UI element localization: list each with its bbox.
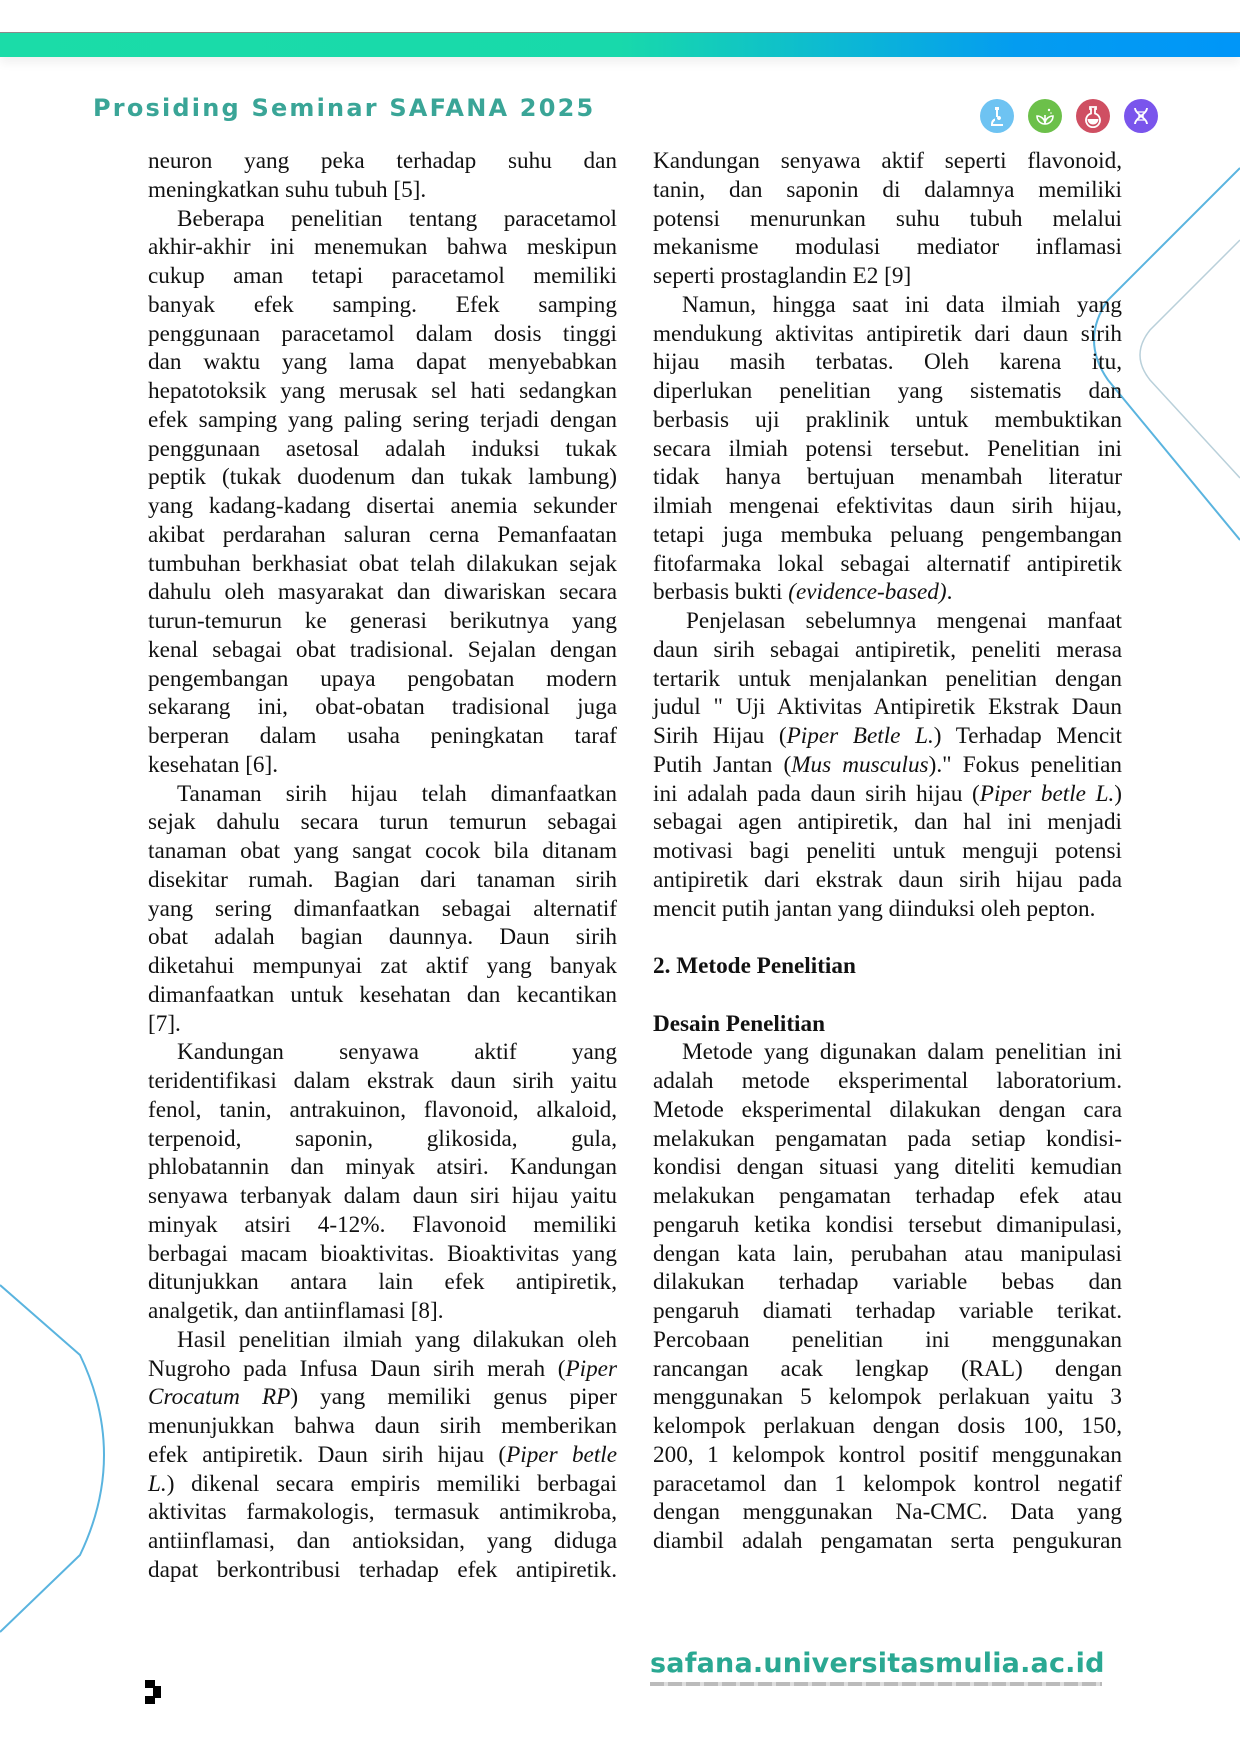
- text-line: analgetik, dan antiinflamasi [8].: [148, 1297, 617, 1326]
- text-line: kesehatan [6].: [148, 751, 617, 780]
- text-line: sejak dahulu secara turun temurun sebaga…: [148, 808, 617, 837]
- text-line: adalah metode eksperimental laboratorium…: [653, 1067, 1122, 1096]
- paragraph-start: Beberapa penelitian tentang paracetamol: [148, 205, 617, 234]
- page-marker-icon: [145, 1680, 169, 1704]
- text-line: disekitar rumah. Bagian dari tanaman sir…: [148, 866, 617, 895]
- text-line: mekanisme modulasi mediator inflamasi: [653, 233, 1122, 262]
- text-line: Putih Jantan (Mus musculus)." Fokus pene…: [653, 751, 1122, 780]
- text-line: antipiretik dari ekstrak daun sirih hija…: [653, 866, 1122, 895]
- text-line: fenol, tanin, antrakuinon, flavonoid, al…: [148, 1096, 617, 1125]
- paragraph-start: Metode yang digunakan dalam penelitian i…: [653, 1038, 1122, 1067]
- text-run: .: [947, 579, 953, 605]
- text-line: dilakukan terhadap variable bebas dan: [653, 1268, 1122, 1297]
- text-run: Nugroho pada Infusa Daun sirih merah (: [148, 1356, 565, 1382]
- text-line: tumbuhan berkhasiat obat telah dilakukan…: [148, 550, 617, 579]
- text-line: minyak atsiri 4-12%. Flavonoid memiliki: [148, 1211, 617, 1240]
- text-line: berperan dalam usaha peningkatan taraf: [148, 722, 617, 751]
- text-line: diperlukan penelitian yang sistematis da…: [653, 377, 1122, 406]
- text-run: berbasis bukti: [653, 579, 788, 605]
- text-line: L.) dikenal secara empiris memiliki berb…: [148, 1470, 617, 1499]
- species-name: Piper betle: [506, 1442, 617, 1468]
- text-line: paracetamol dan 1 kelompok kontrol negat…: [653, 1470, 1122, 1499]
- leaf-plant-icon: [1028, 99, 1062, 133]
- footer-underline: [650, 1682, 1102, 1686]
- text-run: efek antipiretik. Daun sirih hijau (: [148, 1442, 506, 1468]
- species-name: L.: [148, 1471, 167, 1497]
- text-line: menunjukkan bahwa daun sirih memberikan: [148, 1412, 617, 1441]
- microscope-icon: [980, 99, 1014, 133]
- text-run: ini adalah pada daun sirih hijau (: [653, 781, 980, 807]
- text-line: dimanfaatkan untuk kesehatan dan kecanti…: [148, 981, 617, 1010]
- text-run: Putih Jantan (: [653, 752, 791, 778]
- paragraph-start: Namun, hingga saat ini data ilmiah yang: [653, 291, 1122, 320]
- text-line: Percobaan penelitian ini menggunakan: [653, 1326, 1122, 1355]
- paragraph-start: Kandungan senyawa aktif yang: [148, 1038, 617, 1067]
- species-name: Piper Betle L.: [787, 723, 934, 749]
- text-line: teridentifikasi dalam ekstrak daun sirih…: [148, 1067, 617, 1096]
- text-line: pengembangan upaya pengobatan modern: [148, 665, 617, 694]
- text-line: kelompok perlakuan dengan dosis 100, 150…: [653, 1412, 1122, 1441]
- paragraph-start: Hasil penelitian ilmiah yang dilakukan o…: [148, 1326, 617, 1355]
- text-line: motivasi bagi peneliti untuk menguji pot…: [653, 837, 1122, 866]
- dna-icon: [1124, 99, 1158, 133]
- text-line: daun sirih sebagai antipiretik, peneliti…: [653, 636, 1122, 665]
- text-line: yang sering dimanfaatkan sebagai alterna…: [148, 895, 617, 924]
- flask-icon: [1076, 99, 1110, 133]
- text-line: yang kadang-kadang disertai anemia sekun…: [148, 492, 617, 521]
- text-line: berbasis bukti (evidence-based).: [653, 578, 1122, 607]
- text-run: Sirih Hijau (: [653, 723, 787, 749]
- text-line: cukup aman tetapi paracetamol memiliki: [148, 262, 617, 291]
- text-line: diketahui mempunyai zat aktif yang banya…: [148, 952, 617, 981]
- text-line: dahulu oleh masyarakat dan diwariskan se…: [148, 578, 617, 607]
- text-line: seperti prostaglandin E2 [9]: [653, 262, 1122, 291]
- text-line: fitofarmaka lokal sebagai alternatif ant…: [653, 550, 1122, 579]
- text-run: ) Terhadap Mencit: [934, 723, 1122, 749]
- text-line: meningkatkan suhu tubuh [5].: [148, 176, 617, 205]
- text-line: kenal sebagai obat tradisional. Sejalan …: [148, 636, 617, 665]
- species-name: Crocatum RP: [148, 1384, 290, 1410]
- text-line: penggunaan paracetamol dalam dosis tingg…: [148, 320, 617, 349]
- text-line: akhir-akhir ini menemukan bahwa meskipun: [148, 233, 617, 262]
- text-run: ): [1114, 781, 1122, 807]
- subsection-heading: Desain Penelitian: [653, 1010, 1122, 1039]
- text-line: tertarik untuk menjalankan penelitian de…: [653, 665, 1122, 694]
- species-name: Piper: [565, 1356, 617, 1382]
- text-line: Nugroho pada Infusa Daun sirih merah (Pi…: [148, 1355, 617, 1384]
- text-line: ini adalah pada daun sirih hijau (Piper …: [653, 780, 1122, 809]
- text-line: secara ilmiah potensi tersebut. Peneliti…: [653, 435, 1122, 464]
- text-run: ) yang memiliki genus piper: [290, 1384, 617, 1410]
- text-line: diambil adalah pengamatan serta pengukur…: [653, 1527, 1122, 1556]
- text-line: [7].: [148, 1010, 617, 1039]
- text-line: efek samping yang paling sering terjadi …: [148, 406, 617, 435]
- text-line: ditunjukkan antara lain efek antipiretik…: [148, 1268, 617, 1297]
- text-line: Kandungan senyawa aktif seperti flavonoi…: [653, 147, 1122, 176]
- species-name: Piper betle L.: [980, 781, 1114, 807]
- spacer: [653, 923, 1122, 952]
- header-icons: [980, 99, 1158, 133]
- text-line: mencit putih jantan yang diinduksi oleh …: [653, 895, 1122, 924]
- text-line: peptik (tukak duodenum dan tukak lambung…: [148, 463, 617, 492]
- text-line: Crocatum RP) yang memiliki genus piper: [148, 1383, 617, 1412]
- text-line: antiinflamasi, dan antioksidan, yang did…: [148, 1527, 617, 1556]
- text-line: 200, 1 kelompok kontrol positif mengguna…: [653, 1441, 1122, 1470]
- text-line: melakukan pengamatan terhadap efek atau: [653, 1182, 1122, 1211]
- text-line: sekarang ini, obat-obatan tradisional ju…: [148, 693, 617, 722]
- text-line: terpenoid, saponin, glikosida, gula,: [148, 1125, 617, 1154]
- text-line: berbagai macam bioaktivitas. Bioaktivita…: [148, 1240, 617, 1269]
- text-line: neuron yang peka terhadap suhu dan: [148, 147, 617, 176]
- text-line: judul " Uji Aktivitas Antipiretik Ekstra…: [653, 693, 1122, 722]
- text-line: tanin, dan saponin di dalamnya memiliki: [653, 176, 1122, 205]
- header-gradient-bar: [0, 32, 1240, 57]
- text-line: dan waktu yang lama dapat menyebabkan: [148, 348, 617, 377]
- text-line: Sirih Hijau (Piper Betle L.) Terhadap Me…: [653, 722, 1122, 751]
- text-line: ilmiah mengenai efektivitas daun sirih h…: [653, 492, 1122, 521]
- proceedings-title: Prosiding Seminar SAFANA 2025: [93, 94, 595, 122]
- text-run: )." Fokus penelitian: [929, 752, 1122, 778]
- text-line: Metode eksperimental dilakukan dengan ca…: [653, 1096, 1122, 1125]
- text-line: tanaman obat yang sangat cocok bila dita…: [148, 837, 617, 866]
- text-line: kondisi dengan situasi yang diteliti kem…: [653, 1153, 1122, 1182]
- text-line: hepatotoksik yang merusak sel hati sedan…: [148, 377, 617, 406]
- section-heading: 2. Metode Penelitian: [653, 952, 1122, 981]
- text-line: sebagai agen antipiretik, dan hal ini me…: [653, 808, 1122, 837]
- text-line: penggunaan asetosal adalah induksi tukak: [148, 435, 617, 464]
- text-line: dengan menggunakan Na-CMC. Data yang: [653, 1498, 1122, 1527]
- spacer: [653, 981, 1122, 1010]
- right-column: Kandungan senyawa aktif seperti flavonoi…: [653, 147, 1122, 1556]
- text-line: tidak hanya bertujuan menambah literatur: [653, 463, 1122, 492]
- species-name: Mus musculus: [791, 752, 928, 778]
- left-column: neuron yang peka terhadap suhu dan menin…: [148, 147, 617, 1585]
- text-line: tetapi juga membuka peluang pengembangan: [653, 521, 1122, 550]
- paragraph-start: Tanaman sirih hijau telah dimanfaatkan: [148, 780, 617, 809]
- text-line: menggunakan 5 kelompok perlakuan yaitu 3: [653, 1383, 1122, 1412]
- text-line: pengaruh diamati terhadap variable terik…: [653, 1297, 1122, 1326]
- text-line: senyawa terbanyak dalam daun siri hijau …: [148, 1182, 617, 1211]
- text-run: ) dikenal secara empiris memiliki berbag…: [167, 1471, 617, 1497]
- text-line: mendukung aktivitas antipiretik dari dau…: [653, 320, 1122, 349]
- text-line: melakukan pengamatan pada setiap kondisi…: [653, 1125, 1122, 1154]
- paragraph-start: Penjelasan sebelumnya mengenai manfaat: [653, 607, 1122, 636]
- text-line: berbasis uji praklinik untuk membuktikan: [653, 406, 1122, 435]
- text-line: dengan kata lain, perubahan atau manipul…: [653, 1240, 1122, 1269]
- text-line: efek antipiretik. Daun sirih hijau (Pipe…: [148, 1441, 617, 1470]
- text-line: akibat perdarahan saluran cerna Pemanfaa…: [148, 521, 617, 550]
- text-line: banyak efek samping. Efek samping: [148, 291, 617, 320]
- text-line: dapat berkontribusi terhadap efek antipi…: [148, 1556, 617, 1585]
- text-line: rancangan acak lengkap (RAL) dengan: [653, 1355, 1122, 1384]
- footer-website-link[interactable]: safana.universitasmulia.ac.id: [650, 1648, 1105, 1679]
- text-line: obat adalah bagian daunnya. Daun sirih: [148, 923, 617, 952]
- text-line: potensi menurunkan suhu tubuh melalui: [653, 205, 1122, 234]
- text-line: phlobatannin dan minyak atsiri. Kandunga…: [148, 1153, 617, 1182]
- text-line: pengaruh ketika kondisi tersebut dimanip…: [653, 1211, 1122, 1240]
- italic-term: (evidence-based): [788, 579, 946, 605]
- text-line: aktivitas farmakologis, termasuk antimik…: [148, 1498, 617, 1527]
- text-line: hijau masih terbatas. Oleh karena itu,: [653, 348, 1122, 377]
- text-line: turun-temurun ke generasi berikutnya yan…: [148, 607, 617, 636]
